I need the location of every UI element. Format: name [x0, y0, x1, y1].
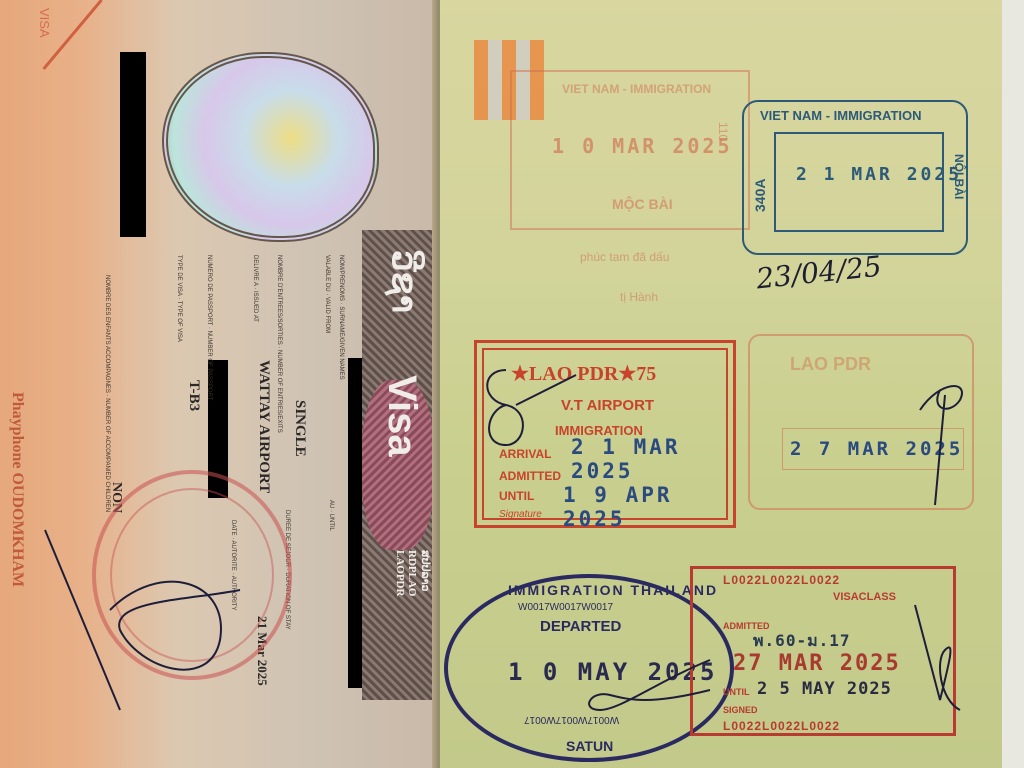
field-label-entries: NOMBRE D'ENTREES/SORTIES · NUMBER OF ENT… — [275, 255, 282, 433]
visa-title: Visa — [379, 375, 424, 457]
thai-signature — [560, 650, 720, 730]
handwritten-date: 23/04/25 — [755, 250, 884, 296]
visa-security-band: ວີຊາ Visa ສປປລາວ RDPLAO LAOPDR — [362, 230, 434, 700]
field-label-issued-at: DELIVRE A · ISSUED AT — [251, 255, 258, 322]
vn-exit-port: NỘI BÀI — [952, 154, 966, 199]
thai-ring-text: IMMIGRATION THAILAND — [508, 582, 718, 598]
field-label-visa-type: TYPE DE VISA · TYPE OF VISA — [175, 255, 182, 342]
visa-signature — [910, 600, 970, 720]
entries-value: SINGLE — [291, 400, 308, 457]
thai-port: SATUN — [566, 738, 613, 754]
vn-entry-date: 1 0 MAR 2025 — [552, 134, 733, 158]
hologram-emblem — [162, 52, 379, 242]
stamp-vietnam-entry: VIET NAM - IMMIGRATION 1 0 MAR 2025 MỘC … — [510, 70, 750, 230]
field-label-valid-from: VALABLE DU · VALID FROM — [323, 255, 330, 333]
corner-stamp-fragment: VISA — [37, 8, 52, 38]
thai-departed-label: DEPARTED — [540, 618, 621, 635]
issuer-line1: RDPLAO — [406, 550, 418, 596]
signature-scribble — [40, 520, 260, 720]
vn-entry-port: MỘC BÀI — [612, 196, 673, 212]
faded-text-line: phúc tam đã dấu — [580, 250, 669, 264]
faded-text-line: tị Hành — [620, 290, 658, 304]
vn-exit-date: 2 1 MAR 2025 — [796, 164, 962, 185]
field-label-names: NOM/PRENOMS · SURNAME/GIVEN NAMES — [337, 255, 344, 380]
issuer-lao: ສປປລາວ — [419, 550, 432, 592]
vn-exit-country: VIET NAM - IMMIGRATION — [760, 108, 922, 123]
passport-left-page: VISA Phayphone OUDOMKHAM NOM/PRENOMS · S… — [0, 0, 440, 768]
lao-signature — [476, 360, 586, 450]
holder-name: Phayphone OUDOMKHAM — [8, 392, 26, 587]
departure-signature — [910, 370, 980, 510]
field-label-children: NOMBRE DES ENFANTS ACCOMPAGNES · NUMBER … — [103, 275, 110, 512]
issued-at-value: WATTAY AIRPORT — [255, 360, 272, 493]
field-label-passport-number: NUMERO DE PASSPORT · NUMBER OF PASSPORT — [205, 255, 212, 400]
passport-right-page: VIET NAM - IMMIGRATION 1 0 MAR 2025 MỘC … — [440, 0, 1024, 768]
field-label-until: AU · UNTIL — [327, 500, 334, 531]
lao-until-date: 1 9 APR 2025 — [563, 483, 733, 531]
visa-lao-script: ວີຊາ — [384, 250, 424, 313]
page-edge — [1002, 0, 1024, 768]
lao-arrival-date: 2 1 MAR 2025 — [571, 435, 733, 483]
thai-visa-until: 2 5 MAY 2025 — [757, 679, 892, 699]
stamp-vietnam-exit: VIET NAM - IMMIGRATION 2 1 MAR 2025 340A… — [742, 100, 968, 255]
issuer-line2: LAOPDR — [394, 550, 406, 596]
vn-exit-code: 340A — [752, 179, 768, 212]
redaction-bar — [120, 52, 146, 237]
visa-type-value: T-B3 — [185, 380, 202, 411]
thai-visa-date: 27 MAR 2025 — [733, 651, 901, 676]
